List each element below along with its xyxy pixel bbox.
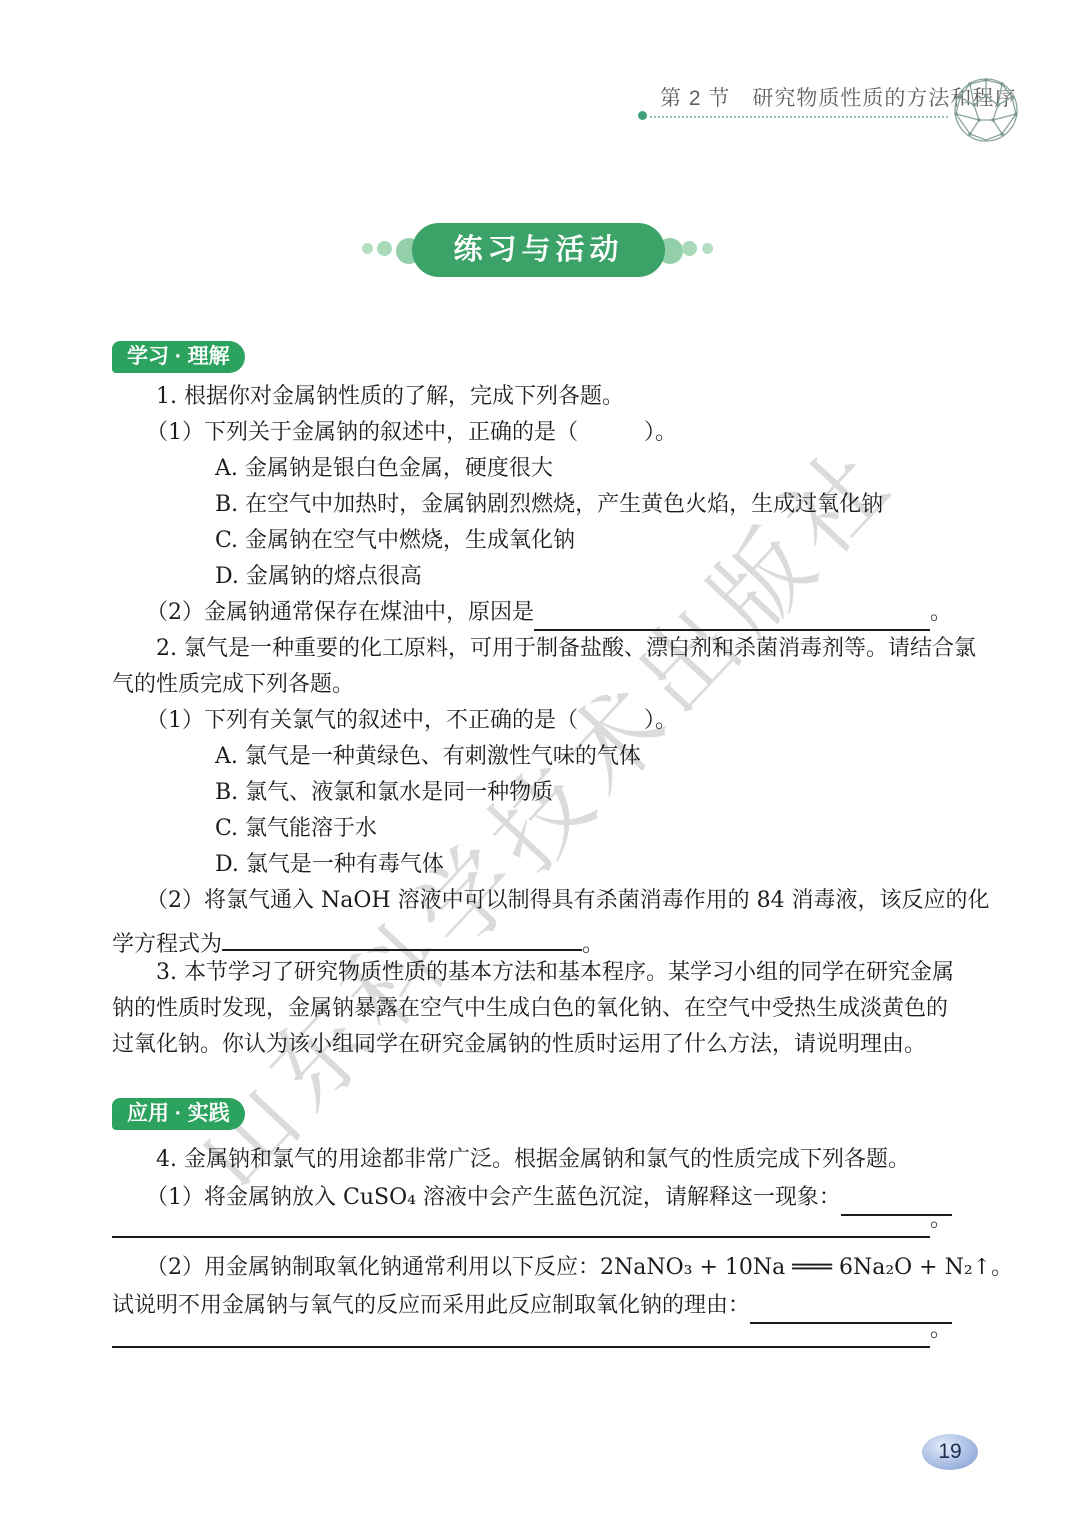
q2-option-d: D. 氯气是一种有毒气体 [112,847,952,883]
answer-blank [534,599,930,631]
q2-intro-line2: 气的性质完成下列各题。 [112,667,952,703]
exercises-banner: 练习与活动 [412,223,665,277]
q2-sub2-text: 学方程式为 [112,932,222,957]
q2-sub2-period: 。 [582,932,604,957]
q4-sub1-line: （1）将金属钠放入 CuSO₄ 溶液中会产生蓝色沉淀，请解释这一现象： [112,1178,952,1216]
q2-option-b: B. 氯气、液氯和氯水是同一种物质 [112,775,952,811]
page-number-badge: 19 [922,1434,978,1470]
textbook-page: 山东科学技术出版社 第 2 节 研究物质性质的方法和程序 [0,0,1080,1536]
q2-sub2-line1: （2）将氯气通入 NaOH 溶液中可以制得具有杀菌消毒作用的 84 消毒液，该反… [112,883,952,919]
banner-dot-small-right [702,243,713,254]
section-tag-learn: 学习 · 理解 [112,341,245,373]
banner-dot-small-left [362,243,373,254]
q4-sub2-equation: （2）用金属钠制取氧化钠通常利用以下反应：2NaNO₃ + 10Na ═══ 6… [112,1250,952,1286]
section-tag-apply: 应用 · 实践 [112,1098,245,1130]
q1-option-d: D. 金属钠的熔点很高 [112,559,952,595]
q1-intro: 1. 根据你对金属钠性质的了解，完成下列各题。 [112,379,952,415]
q4-sub2-line2: 试说明不用金属钠与氧气的反应而采用此反应制取氧化钠的理由： [112,1286,952,1324]
answer-rule [112,1330,930,1348]
q1-option-b: B. 在空气中加热时，金属钠剧烈燃烧，产生黄色火焰，生成过氧化钠 [112,487,952,523]
header-accent-dot [638,111,647,120]
banner-dot-medium-left [377,241,392,256]
answer-rule-line: 。 [112,1216,952,1238]
q3-line1: 3. 本节学习了研究物质性质的基本方法和基本程序。某学习小组的同学在研究金属 [112,955,952,991]
fullerene-molecule-icon [950,74,1022,146]
q1-sub2-period: 。 [930,595,952,631]
q1-sub2-text: （2）金属钠通常保存在煤油中，原因是 [146,595,534,631]
q3-line2: 钠的性质时发现，金属钠暴露在空气中生成白色的氧化钠、在空气中受热生成淡黄色的 [112,991,952,1027]
q1-sub1: （1）下列关于金属钠的叙述中，正确的是（ ）。 [112,415,952,451]
rule1-period: 。 [930,1202,952,1238]
answer-rule [112,1220,930,1238]
q2-sub2-line2: 学方程式为。 [112,919,952,955]
q4-sub1-text: （1）将金属钠放入 CuSO₄ 溶液中会产生蓝色沉淀，请解释这一现象： [146,1180,841,1216]
q4-sub2-text: 试说明不用金属钠与氧气的反应而采用此反应制取氧化钠的理由： [112,1288,750,1324]
header-dotted-line [650,107,948,118]
q2-intro-line1: 2. 氯气是一种重要的化工原料，可用于制备盐酸、漂白剂和杀菌消毒剂等。请结合氯 [112,631,952,667]
learn-section-body: 1. 根据你对金属钠性质的了解，完成下列各题。 （1）下列关于金属钠的叙述中，正… [112,379,952,1063]
answer-blank [222,919,582,951]
q2-option-c: C. 氯气能溶于水 [112,811,952,847]
q4-intro: 4. 金属钠和氯气的用途都非常广泛。根据金属钠和氯气的性质完成下列各题。 [112,1142,952,1178]
q2-option-a: A. 氯气是一种黄绿色、有刺激性气味的气体 [112,739,952,775]
answer-blank [750,1292,952,1324]
q1-sub2-line: （2）金属钠通常保存在煤油中，原因是 。 [112,595,952,631]
answer-rule-line: 。 [112,1324,952,1348]
q1-option-c: C. 金属钠在空气中燃烧，生成氧化钠 [112,523,952,559]
q1-option-a: A. 金属钠是银白色金属，硬度很大 [112,451,952,487]
rule2-period: 。 [930,1312,952,1348]
q2-sub1: （1）下列有关氯气的叙述中，不正确的是（ ）。 [112,703,952,739]
q3-line3: 过氧化钠。你认为该小组同学在研究金属钠的性质时运用了什么方法，请说明理由。 [112,1027,952,1063]
banner-dot-medium-right [682,241,697,256]
apply-section-body: 4. 金属钠和氯气的用途都非常广泛。根据金属钠和氯气的性质完成下列各题。 （1）… [112,1142,952,1348]
